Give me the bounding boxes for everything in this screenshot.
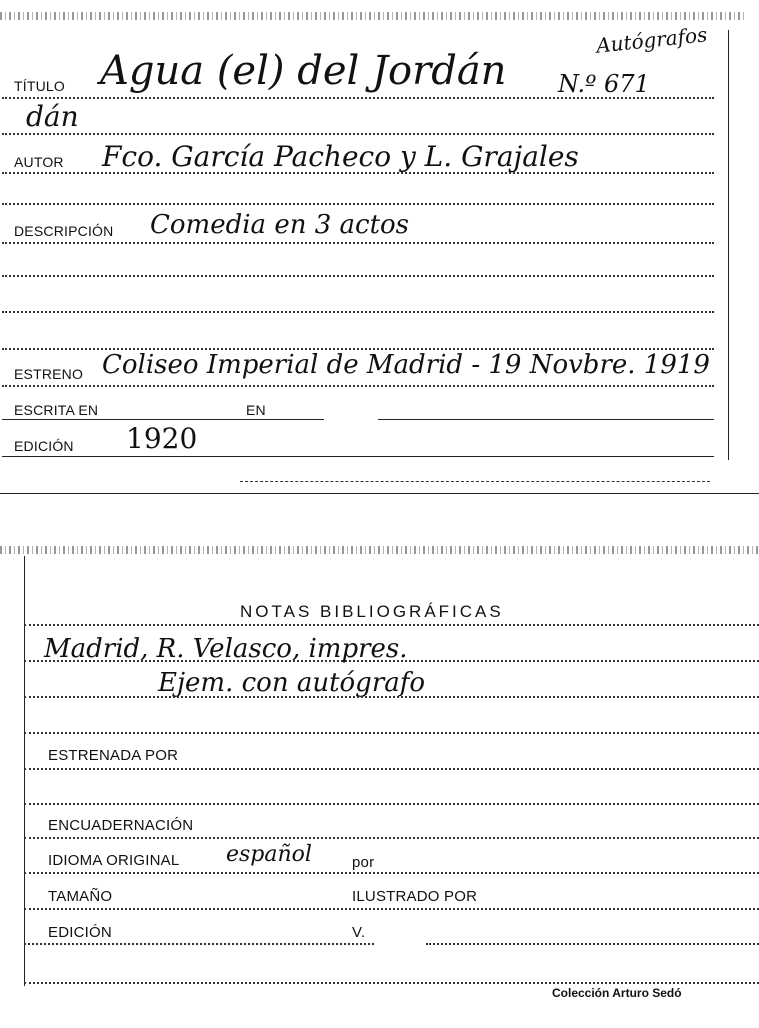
encuadernacion-label: ENCUADERNACIÓN (48, 817, 193, 834)
card-right-border (728, 30, 729, 460)
notas-line-2-text: Ejem. con autógrafo (158, 668, 425, 698)
idioma-original-value: español (226, 842, 312, 867)
notas-line-4 (24, 732, 759, 734)
titulo-label: TÍTULO (14, 78, 65, 94)
idioma-original-label: IDIOMA ORIGINAL (48, 852, 179, 869)
card-separator (0, 493, 759, 494)
v-line (426, 943, 759, 945)
tamano-line (24, 908, 759, 910)
edicion-label: EDICIÓN (48, 924, 112, 941)
estreno-value: Coliseo Imperial de Madrid - 19 Novbre. … (102, 350, 710, 380)
descripcion-line (2, 242, 714, 244)
descripcion-value: Comedia en 3 actos (150, 210, 409, 240)
v-label: V. (352, 924, 365, 941)
por-label: por (352, 854, 374, 871)
card-top-edge (0, 12, 745, 20)
titulo-line (2, 97, 714, 99)
estrenada-por-line (24, 768, 759, 770)
idioma-line (24, 872, 759, 874)
autor-label: AUTOR (14, 154, 64, 170)
blank-line-1 (2, 275, 714, 277)
notas-line-2 (24, 660, 759, 662)
blank-line (24, 803, 759, 805)
estreno-line (2, 385, 714, 387)
edicion-line (2, 456, 714, 457)
en-line (378, 419, 714, 420)
estrenada-por-label: ESTRENADA POR (48, 747, 178, 764)
en-label: EN (246, 402, 266, 418)
notas-line-3 (24, 696, 759, 698)
bottom-catalog-card: NOTAS BIBLIOGRÁFICAS Madrid, R. Velasco,… (0, 500, 759, 1028)
tamano-label: TAMAÑO (48, 888, 112, 905)
autor-value: Fco. García Pacheco y L. Grajales (102, 140, 579, 173)
notas-line-1 (24, 624, 759, 626)
titulo-value: Agua (el) del Jordán (100, 48, 506, 94)
edicion-value: 1920 (126, 422, 197, 455)
descripcion-label: DESCRIPCIÓN (14, 223, 113, 239)
blank-line-2 (2, 311, 714, 313)
escrita-en-line (2, 419, 324, 420)
autor-line (2, 172, 714, 174)
edicion-label: EDICIÓN (14, 438, 74, 454)
escrita-en-label: ESCRITA EN (14, 402, 98, 418)
bottom-partial-line (240, 481, 710, 482)
notas-heading: NOTAS BIBLIOGRÁFICAS (240, 602, 504, 622)
titulo-value-cont: dán (26, 100, 79, 133)
edicion-line (24, 943, 374, 945)
card-left-border (24, 556, 25, 986)
collection-footer: Colección Arturo Sedó (552, 986, 682, 1000)
titulo-line-2 (2, 133, 714, 135)
top-catalog-card: Autógrafos TÍTULO Agua (el) del Jordán N… (0, 0, 759, 500)
annotation-autografos: Autógrafos (595, 22, 708, 58)
card-top-edge (0, 546, 759, 554)
estreno-label: ESTRENO (14, 366, 83, 382)
autor-line-2 (2, 203, 714, 205)
blank-line-bottom (24, 982, 759, 984)
ilustrado-por-label: ILUSTRADO POR (352, 888, 477, 905)
titulo-note: N.º 671 (558, 70, 650, 98)
encuadernacion-line (24, 837, 759, 839)
